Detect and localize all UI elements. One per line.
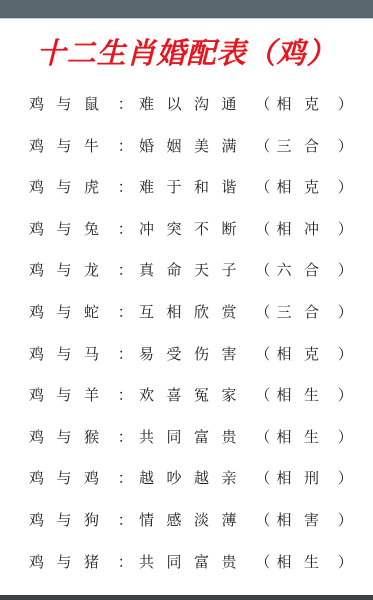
description-char: 害: [222, 344, 250, 364]
zodiac-self: 鸡: [29, 510, 57, 530]
table-row: 鸡与狗：情感淡薄（相害）: [29, 510, 359, 552]
table-row: 鸡与鸡：越吵越亲（相刑）: [29, 468, 359, 510]
description-char: 伤: [194, 344, 222, 364]
description-char: 沟: [194, 94, 222, 114]
description-char: 通: [222, 94, 250, 114]
compatibility-table: 鸡与鼠：难以沟通（相克）鸡与牛：婚姻美满（三合）鸡与虎：难于和谐（相克）鸡与兔：…: [29, 94, 359, 593]
with-connector: 与: [57, 468, 85, 488]
zodiac-self: 鸡: [29, 260, 57, 280]
relation-char: 相: [277, 94, 305, 114]
description-char: 富: [194, 427, 222, 447]
relation-char: 相: [277, 219, 305, 239]
description-char: 同: [167, 427, 195, 447]
relation-char: 相: [277, 552, 305, 572]
zodiac-partner: 鸡: [84, 468, 112, 488]
close-paren: ）: [332, 427, 360, 447]
zodiac-self: 鸡: [29, 385, 57, 405]
open-paren: （: [249, 552, 277, 572]
description-char: 难: [139, 94, 167, 114]
description-char: 感: [167, 510, 195, 530]
zodiac-self: 鸡: [29, 552, 57, 572]
table-row: 鸡与龙：真命天子（六合）: [29, 260, 359, 302]
description-char: 子: [222, 260, 250, 280]
with-connector: 与: [57, 136, 85, 156]
close-paren: ）: [332, 510, 360, 530]
relation-char: 合: [304, 260, 332, 280]
relation-char: 相: [277, 468, 305, 488]
top-bar: [0, 0, 373, 18]
description-char: 冲: [139, 219, 167, 239]
with-connector: 与: [57, 552, 85, 572]
relation-char: 三: [277, 136, 305, 156]
description-char: 欣: [194, 302, 222, 322]
top-bar-edge: [0, 18, 373, 19]
close-paren: ）: [332, 552, 360, 572]
separator-colon: ：: [112, 94, 140, 114]
zodiac-partner: 蛇: [84, 302, 112, 322]
with-connector: 与: [57, 260, 85, 280]
zodiac-partner: 兔: [84, 219, 112, 239]
description-char: 赏: [222, 302, 250, 322]
table-row: 鸡与鼠：难以沟通（相克）: [29, 94, 359, 136]
table-row: 鸡与马：易受伤害（相克）: [29, 344, 359, 386]
with-connector: 与: [57, 385, 85, 405]
open-paren: （: [249, 427, 277, 447]
description-char: 于: [167, 177, 195, 197]
relation-char: 相: [277, 177, 305, 197]
description-char: 受: [167, 344, 195, 364]
table-row: 鸡与蛇：互相欣赏（三合）: [29, 302, 359, 344]
description-char: 天: [194, 260, 222, 280]
relation-char: 克: [304, 344, 332, 364]
zodiac-partner: 虎: [84, 177, 112, 197]
zodiac-partner: 龙: [84, 260, 112, 280]
description-char: 难: [139, 177, 167, 197]
description-char: 真: [139, 260, 167, 280]
close-paren: ）: [332, 260, 360, 280]
zodiac-partner: 猪: [84, 552, 112, 572]
close-paren: ）: [332, 177, 360, 197]
description-char: 姻: [167, 136, 195, 156]
open-paren: （: [249, 219, 277, 239]
separator-colon: ：: [112, 302, 140, 322]
description-char: 满: [222, 136, 250, 156]
relation-char: 克: [304, 94, 332, 114]
table-row: 鸡与猪：共同富贵（相生）: [29, 552, 359, 594]
description-char: 共: [139, 427, 167, 447]
description-char: 淡: [194, 510, 222, 530]
description-char: 富: [194, 552, 222, 572]
relation-char: 合: [304, 136, 332, 156]
open-paren: （: [249, 344, 277, 364]
table-row: 鸡与虎：难于和谐（相克）: [29, 177, 359, 219]
open-paren: （: [249, 177, 277, 197]
description-char: 谐: [222, 177, 250, 197]
description-char: 越: [139, 468, 167, 488]
open-paren: （: [249, 510, 277, 530]
description-char: 贵: [222, 552, 250, 572]
zodiac-partner: 鼠: [84, 94, 112, 114]
separator-colon: ：: [112, 136, 140, 156]
description-char: 易: [139, 344, 167, 364]
close-paren: ）: [332, 302, 360, 322]
close-paren: ）: [332, 219, 360, 239]
relation-char: 相: [277, 344, 305, 364]
table-row: 鸡与兔：冲突不断（相冲）: [29, 219, 359, 261]
description-char: 相: [167, 302, 195, 322]
relation-char: 相: [277, 427, 305, 447]
table-row: 鸡与羊：欢喜冤家（相生）: [29, 385, 359, 427]
with-connector: 与: [57, 344, 85, 364]
with-connector: 与: [57, 94, 85, 114]
with-connector: 与: [57, 219, 85, 239]
description-char: 越: [194, 468, 222, 488]
description-char: 互: [139, 302, 167, 322]
close-paren: ）: [332, 344, 360, 364]
relation-char: 相: [277, 385, 305, 405]
close-paren: ）: [332, 468, 360, 488]
open-paren: （: [249, 385, 277, 405]
description-char: 贵: [222, 427, 250, 447]
separator-colon: ：: [112, 344, 140, 364]
zodiac-self: 鸡: [29, 136, 57, 156]
zodiac-self: 鸡: [29, 468, 57, 488]
description-char: 欢: [139, 385, 167, 405]
relation-char: 生: [304, 385, 332, 405]
open-paren: （: [249, 136, 277, 156]
description-char: 情: [139, 510, 167, 530]
relation-char: 生: [304, 427, 332, 447]
open-paren: （: [249, 302, 277, 322]
bottom-bar: [0, 595, 373, 600]
description-char: 和: [194, 177, 222, 197]
separator-colon: ：: [112, 219, 140, 239]
with-connector: 与: [57, 177, 85, 197]
zodiac-partner: 牛: [84, 136, 112, 156]
zodiac-self: 鸡: [29, 177, 57, 197]
open-paren: （: [249, 94, 277, 114]
separator-colon: ：: [112, 427, 140, 447]
description-char: 命: [167, 260, 195, 280]
open-paren: （: [249, 260, 277, 280]
description-char: 以: [167, 94, 195, 114]
description-char: 不: [194, 219, 222, 239]
relation-char: 克: [304, 177, 332, 197]
description-char: 喜: [167, 385, 195, 405]
description-char: 婚: [139, 136, 167, 156]
relation-char: 相: [277, 510, 305, 530]
description-char: 家: [222, 385, 250, 405]
separator-colon: ：: [112, 385, 140, 405]
close-paren: ）: [332, 94, 360, 114]
description-char: 突: [167, 219, 195, 239]
zodiac-self: 鸡: [29, 427, 57, 447]
zodiac-partner: 马: [84, 344, 112, 364]
description-char: 吵: [167, 468, 195, 488]
close-paren: ）: [332, 385, 360, 405]
separator-colon: ：: [112, 468, 140, 488]
zodiac-self: 鸡: [29, 219, 57, 239]
description-char: 断: [222, 219, 250, 239]
with-connector: 与: [57, 302, 85, 322]
relation-char: 三: [277, 302, 305, 322]
relation-char: 冲: [304, 219, 332, 239]
close-paren: ）: [332, 136, 360, 156]
zodiac-self: 鸡: [29, 344, 57, 364]
description-char: 亲: [222, 468, 250, 488]
description-char: 薄: [222, 510, 250, 530]
description-char: 美: [194, 136, 222, 156]
open-paren: （: [249, 468, 277, 488]
description-char: 共: [139, 552, 167, 572]
description-char: 同: [167, 552, 195, 572]
table-row: 鸡与牛：婚姻美满（三合）: [29, 136, 359, 178]
table-row: 鸡与猴：共同富贵（相生）: [29, 427, 359, 469]
page-title: 十二生肖婚配表（鸡）: [0, 36, 373, 70]
with-connector: 与: [57, 427, 85, 447]
relation-char: 六: [277, 260, 305, 280]
description-char: 冤: [194, 385, 222, 405]
zodiac-partner: 狗: [84, 510, 112, 530]
separator-colon: ：: [112, 177, 140, 197]
separator-colon: ：: [112, 260, 140, 280]
relation-char: 合: [304, 302, 332, 322]
separator-colon: ：: [112, 510, 140, 530]
relation-char: 刑: [304, 468, 332, 488]
separator-colon: ：: [112, 552, 140, 572]
zodiac-partner: 羊: [84, 385, 112, 405]
relation-char: 害: [304, 510, 332, 530]
zodiac-partner: 猴: [84, 427, 112, 447]
zodiac-self: 鸡: [29, 302, 57, 322]
zodiac-self: 鸡: [29, 94, 57, 114]
with-connector: 与: [57, 510, 85, 530]
relation-char: 生: [304, 552, 332, 572]
